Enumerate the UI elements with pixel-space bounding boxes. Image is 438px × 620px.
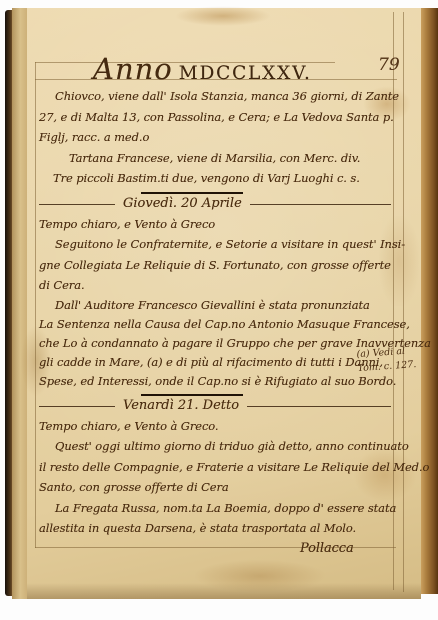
entry-date-heading: Venardì 21. Detto [39, 397, 391, 416]
entry-paragraph: Quest' oggi ultimo giorno di triduo già … [39, 436, 391, 498]
year-title: Anno MDCCLXXV. [39, 52, 391, 86]
manuscript-line: Quest' oggi ultimo giorno di triduo già … [39, 436, 391, 457]
manuscript-line: Figlj, racc. a med.o [39, 127, 391, 148]
entry-date-text: Giovedì. 20 Aprile [123, 196, 242, 211]
binding-shadow [5, 10, 12, 596]
manuscript-line: Seguitono le Confraternite, e Setorie a … [39, 234, 391, 255]
manuscript-line: gne Collegiata Le Reliquie di S. Fortuna… [39, 255, 391, 276]
manuscript-line: Tre piccoli Bastim.ti due, vengono di Va… [53, 168, 391, 189]
anno-word: Anno [93, 52, 173, 86]
manuscript-line: La Fregata Russa, nom.ta La Boemia, dopp… [39, 498, 391, 519]
manuscript-photo: 79 (a) Vedi al Tom. c. 127. Anno MDCCLXX… [0, 0, 438, 620]
page-bottom-shadow [27, 583, 421, 599]
manuscript-line: allestita in questa Darsena, è stata tra… [39, 518, 391, 539]
manuscript-page: 79 (a) Vedi al Tom. c. 127. Anno MDCCLXX… [27, 8, 421, 599]
year-roman-numeral: MDCCLXXV. [179, 63, 312, 84]
manuscript-line: Tartana Francese, viene di Marsilia, con… [53, 148, 391, 169]
manuscript-line: il resto delle Compagnie, e Fraterie a v… [39, 457, 391, 478]
margin-line-right-outer [403, 12, 404, 592]
manuscript-line: Santo, con grosse offerte di Cera [39, 477, 391, 498]
margin-line-left [35, 62, 36, 548]
entry-paragraph: Dall' Auditore Francesco Gievallini è st… [39, 296, 391, 391]
weather-line: Tempo chiaro, e Vento à Greco [39, 214, 391, 235]
entry-date-heading: Giovedì. 20 Aprile [39, 195, 391, 214]
heading-rule-right [250, 204, 391, 205]
entry-paragraph: La Fregata Russa, nom.ta La Boemia, dopp… [39, 498, 391, 539]
heading-rule-left [39, 406, 115, 407]
manuscript-line: che Lo à condannato à pagare il Gruppo c… [39, 334, 391, 353]
arrivals-paragraph: Chiovco, viene dall' Isola Stanzia, manc… [39, 86, 391, 148]
manuscript-line: La Sentenza nella Causa del Cap.no Anton… [39, 315, 391, 334]
right-page-edges [420, 8, 438, 594]
manuscript-line: di Cera. [39, 275, 391, 296]
manuscript-line: Dall' Auditore Francesco Gievallini è st… [39, 296, 391, 315]
paper-stain [175, 6, 271, 26]
weather-line: Tempo chiaro, e Vento à Greco. [39, 416, 391, 437]
manuscript-line: Spese, ed Interessi, onde il Cap.no si è… [39, 372, 391, 391]
arrivals-paragraph: Tartana Francese, viene di Marsilia, con… [39, 148, 391, 189]
entry-date-text: Venardì 21. Detto [123, 398, 239, 413]
section-divider [141, 190, 243, 194]
section-divider [141, 392, 243, 396]
manuscript-text-block: Anno MDCCLXXV. Chiovco, viene dall' Isol… [39, 52, 391, 558]
entry-paragraph: Seguitono le Confraternite, e Setorie a … [39, 234, 391, 296]
manuscript-line: 27, e di Malta 13, con Passolina, e Cera… [39, 107, 391, 128]
open-book: 79 (a) Vedi al Tom. c. 127. Anno MDCCLXX… [5, 8, 438, 599]
heading-rule-left [39, 204, 115, 205]
left-page-edges [12, 8, 27, 599]
catchword: Pollacca [300, 539, 391, 558]
heading-rule-right [247, 406, 391, 407]
manuscript-line: Chiovco, viene dall' Isola Stanzia, manc… [39, 86, 391, 107]
manuscript-line: gli cadde in Mare, (a) e di più al rifac… [39, 353, 391, 372]
